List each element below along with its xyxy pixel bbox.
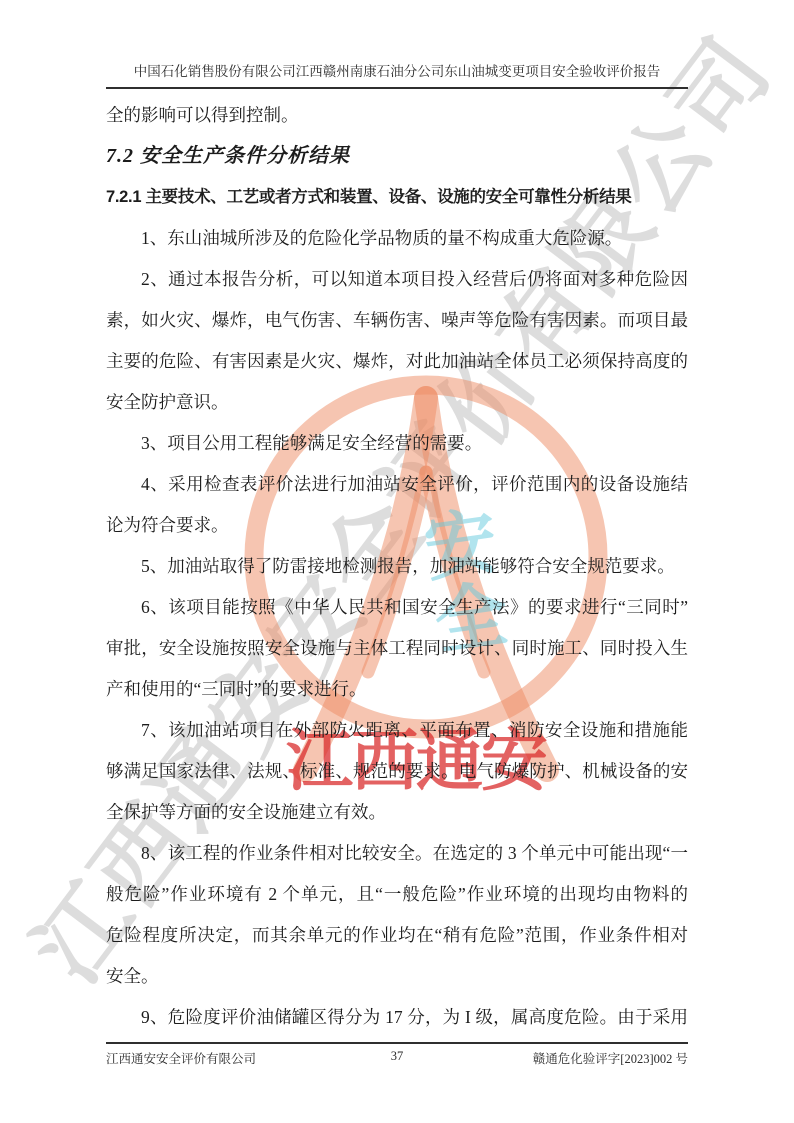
body-line: 6、该项目能按照《中华人民共和国安全生产法》的要求进行“三同时” (106, 587, 688, 628)
body-line: 5、加油站取得了防雷接地检测报告，加油站能够符合安全规范要求。 (106, 546, 688, 587)
body-line-continuation: 全的影响可以得到控制。 (106, 95, 688, 136)
section-heading-7-2-1: 7.2.1 主要技术、工艺或者方式和装置、设备、设施的安全可靠性分析结果 (106, 177, 688, 218)
document-body: 全的影响可以得到控制。 7.2 安全生产条件分析结果 7.2.1 主要技术、工艺… (106, 95, 688, 1038)
body-line: 安全防护意识。 (106, 382, 688, 423)
footer-company-name: 江西通安安全评价有限公司 (106, 1049, 256, 1067)
page-footer: 37 江西通安安全评价有限公司 赣通危化验评字[2023]002 号 (106, 1042, 688, 1067)
page-header-title: 中国石化销售股份有限公司江西赣州南康石油分公司东山油城变更项目安全验收评价报告 (106, 60, 688, 89)
body-line: 7、该加油站项目在外部防火距离、平面布置、消防安全设施和措施能 (106, 710, 688, 751)
body-line: 2、通过本报告分析，可以知道本项目投入经营后仍将面对多种危险因 (106, 259, 688, 300)
body-line: 1、东山油城所涉及的危险化学品物质的量不构成重大危险源。 (106, 218, 688, 259)
body-line: 主要的危险、有害因素是火灾、爆炸，对此加油站全体员工必须保持高度的 (106, 341, 688, 382)
content-layer: 中国石化销售股份有限公司江西赣州南康石油分公司东山油城变更项目安全验收评价报告 … (0, 0, 794, 1123)
document-page: 江西通安安全评价有限公司 安全 江西通安 中国石化销售股份有限公司江西赣州南康石… (0, 0, 794, 1123)
body-line: 危险程度所决定，而其余单元的作业均在“稍有危险”范围，作业条件相对 (106, 915, 688, 956)
footer-document-number: 赣通危化验评字[2023]002 号 (533, 1049, 688, 1067)
body-line: 8、该工程的作业条件相对比较安全。在选定的 3 个单元中可能出现“一 (106, 833, 688, 874)
body-line: 般危险”作业环境有 2 个单元，且“一般危险”作业环境的出现均由物料的 (106, 874, 688, 915)
body-line: 9、危险度评价油储罐区得分为 17 分，为 I 级，属高度危险。由于采用 (106, 997, 688, 1038)
body-line: 论为符合要求。 (106, 505, 688, 546)
body-line: 产和使用的“三同时”的要求进行。 (106, 669, 688, 710)
body-line: 4、采用检查表评价法进行加油站安全评价，评价范围内的设备设施结 (106, 464, 688, 505)
section-heading-7-2: 7.2 安全生产条件分析结果 (106, 136, 688, 177)
body-line: 审批，安全设施按照安全设施与主体工程同时设计、同时施工、同时投入生 (106, 628, 688, 669)
body-line: 安全。 (106, 956, 688, 997)
body-line: 全保护等方面的安全设施建立有效。 (106, 792, 688, 833)
body-line: 3、项目公用工程能够满足安全经营的需要。 (106, 423, 688, 464)
body-line: 素，如火灾、爆炸，电气伤害、车辆伤害、噪声等危险有害因素。而项目最 (106, 300, 688, 341)
body-line: 够满足国家法律、法规、标准、规范的要求。电气防爆防护、机械设备的安 (106, 751, 688, 792)
